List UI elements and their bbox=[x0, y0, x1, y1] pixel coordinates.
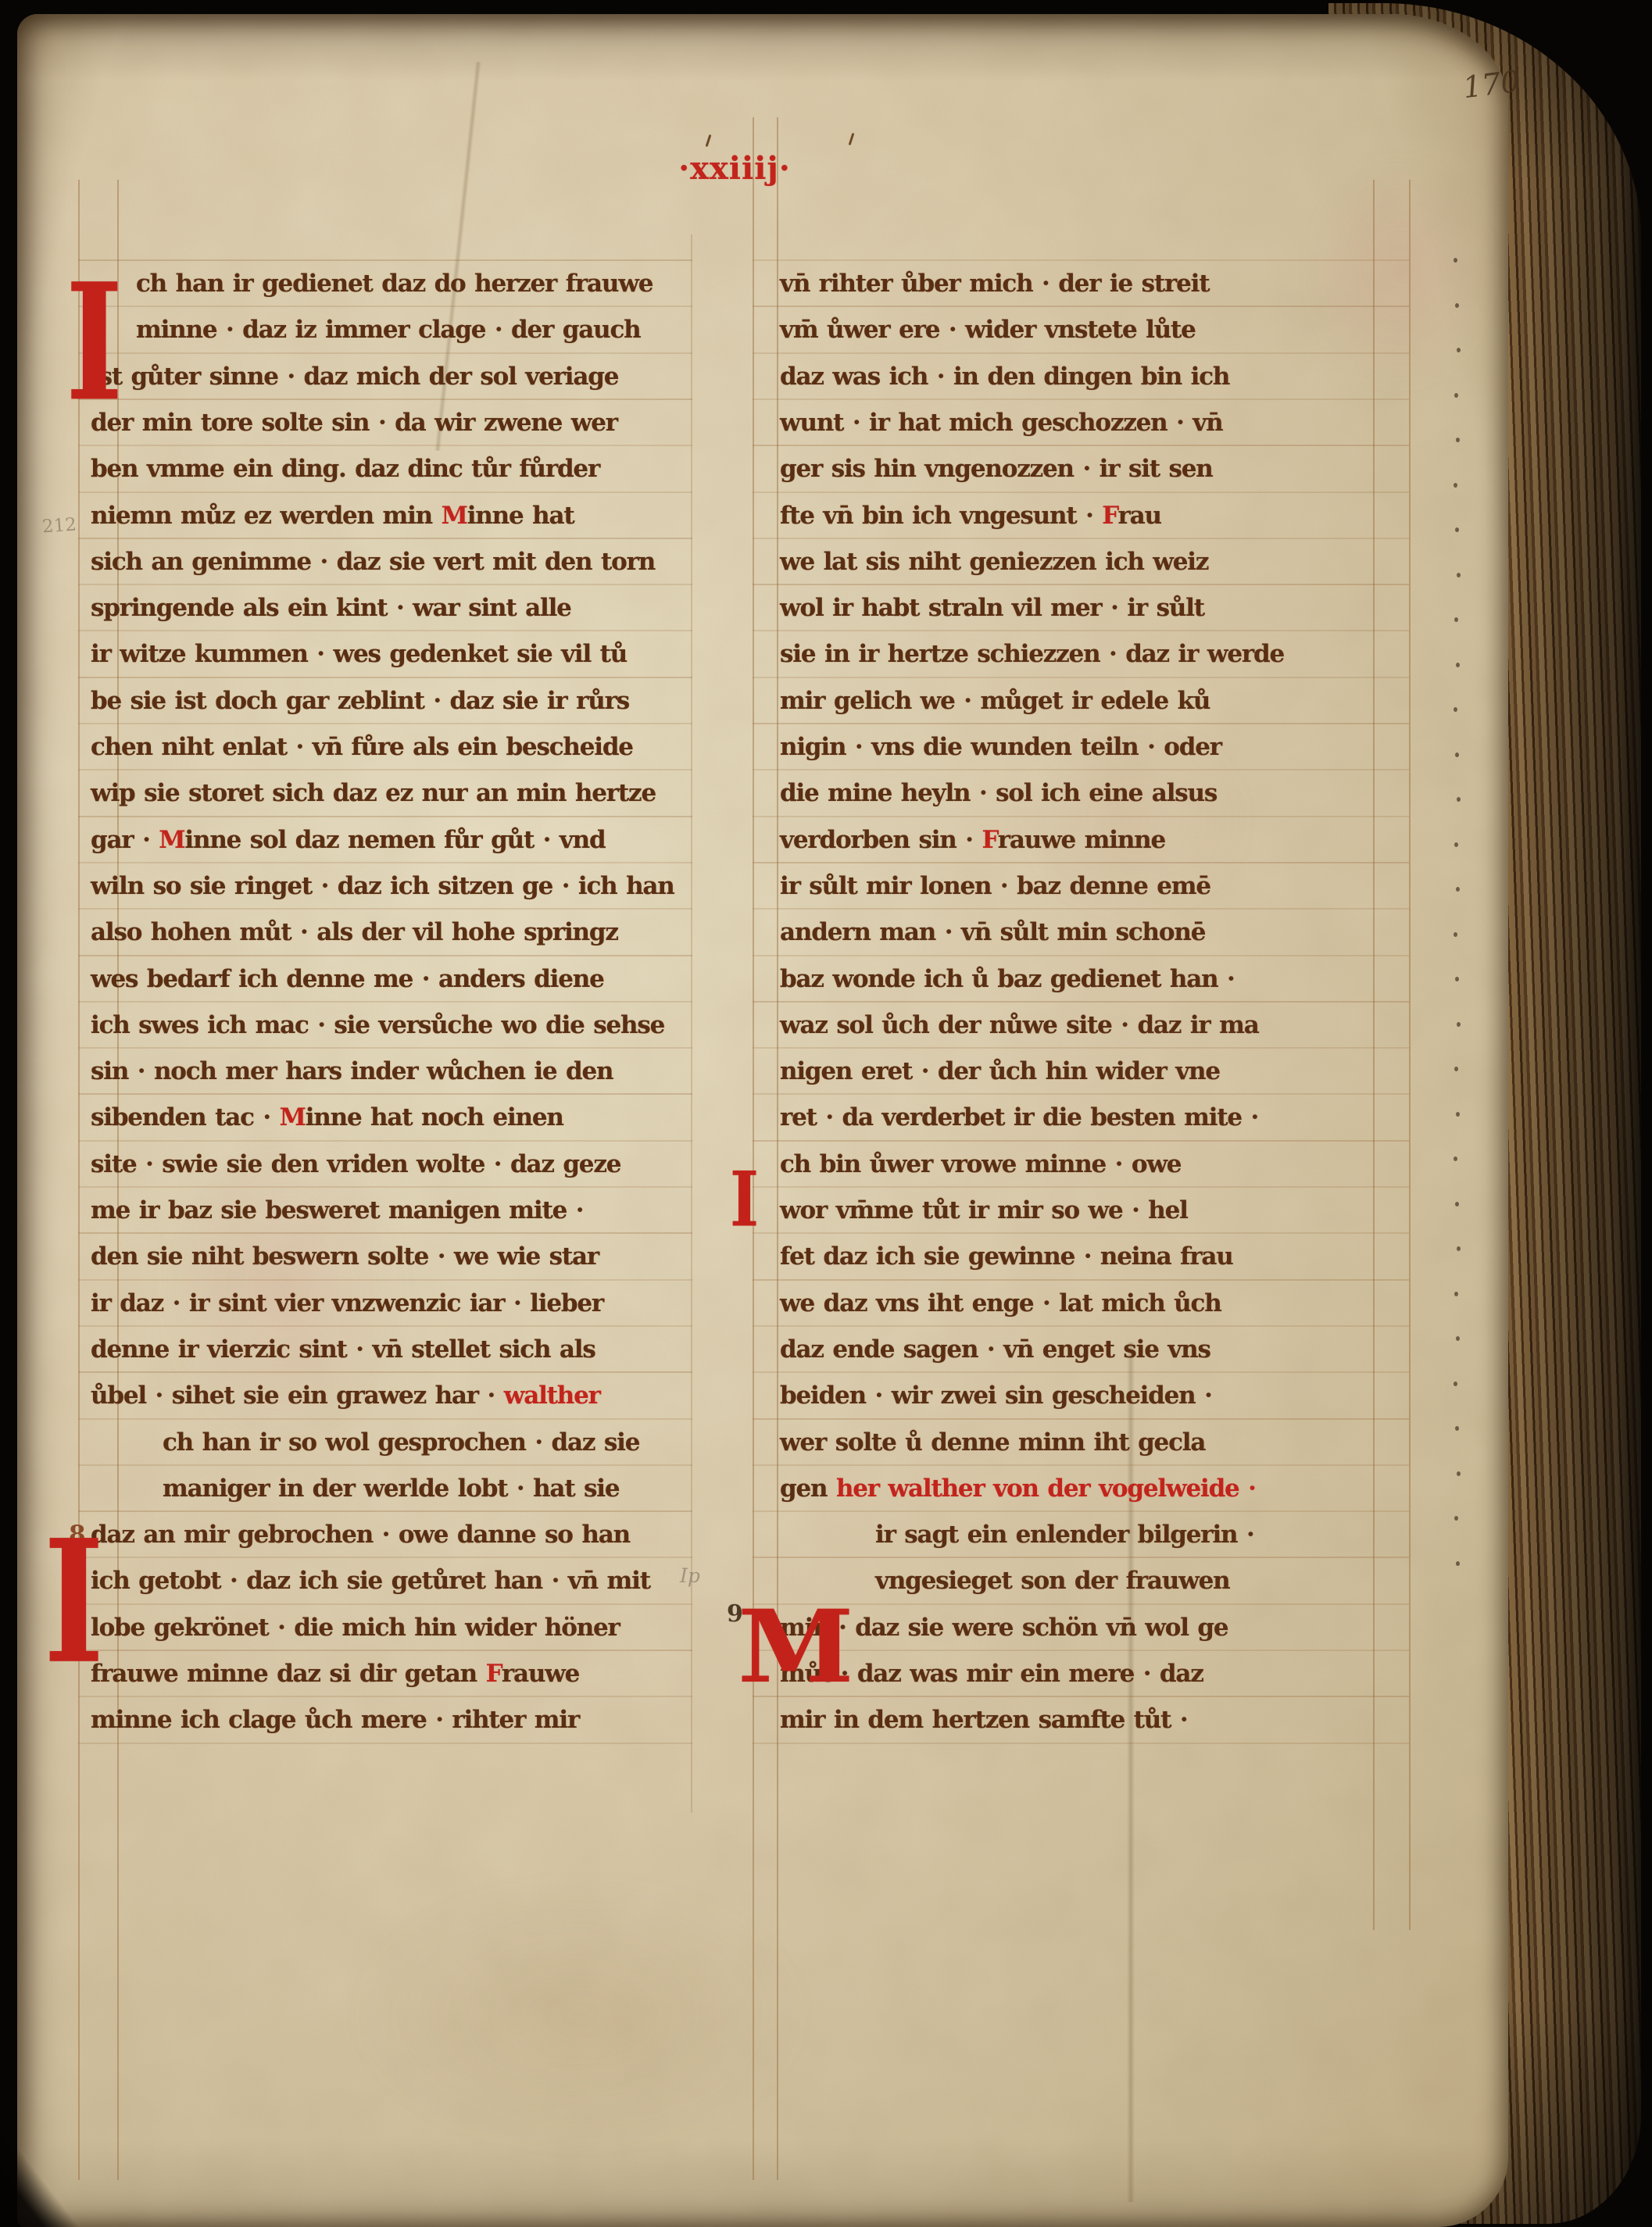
prick-hole bbox=[1456, 438, 1460, 442]
text-line: baz wonde ich ů baz gedienet han · bbox=[780, 956, 1235, 1003]
body-text: sich an genimme · daz sie vert mit den t… bbox=[91, 548, 655, 576]
body-text: ir sůlt mir lonen · baz denne emē bbox=[780, 872, 1210, 900]
text-line: ich swes ich mac · sie versůche wo die s… bbox=[91, 1003, 664, 1049]
text-line: minne · daz iz immer clage · der gauch bbox=[136, 307, 640, 354]
body-text: den sie niht beswern solte · we wie star bbox=[91, 1242, 599, 1271]
text-line: wol ir habt straln vil mer · ir sůlt bbox=[780, 585, 1204, 632]
body-text: verdorben sin · bbox=[780, 826, 982, 854]
body-text: ich getobt · daz ich sie getůret han · v… bbox=[91, 1567, 650, 1595]
prick-hole bbox=[1454, 393, 1458, 398]
text-line: sin · noch mer hars inder wůchen ie den bbox=[91, 1049, 613, 1096]
body-text: ger sis hin vngenozzen · ir sit sen bbox=[780, 455, 1213, 483]
text-line: ben vmme ein ding. daz dinc tůr fůrder bbox=[91, 446, 599, 493]
body-text: niemn můz ez werden min bbox=[91, 502, 442, 530]
text-column-right: vn̄ rihter ůber mich · der ie streitvm̄ … bbox=[780, 261, 1382, 1746]
binding-shadow bbox=[0, 2102, 102, 2227]
body-text: ich swes ich mac · sie versůche wo die s… bbox=[91, 1011, 664, 1039]
prick-hole bbox=[1455, 303, 1459, 308]
body-text: gen bbox=[780, 1475, 836, 1503]
body-text: waz sol ůch der nůwe site · daz ir ma bbox=[780, 1011, 1259, 1039]
text-line: der min tore solte sin · da wir zwene we… bbox=[91, 400, 617, 447]
text-line: wor vm̄me tůt ir mir so we · hel bbox=[780, 1188, 1188, 1235]
body-text: inne hat noch einen bbox=[306, 1103, 563, 1131]
body-text: ir daz · ir sint vier vnzwenzic iar · li… bbox=[91, 1289, 603, 1317]
text-line: frauwe minne daz si dir getan Frauwe bbox=[91, 1651, 579, 1698]
prick-hole bbox=[1454, 707, 1457, 712]
text-line: gar · Minne sol daz nemen fůr gůt · vnd bbox=[91, 817, 606, 864]
prick-hole bbox=[1456, 1561, 1460, 1566]
prick-hole bbox=[1457, 797, 1461, 802]
text-line: fte vn̄ bin ich vngesunt · Frau bbox=[780, 493, 1161, 540]
body-text: springende als ein kint · war sint alle bbox=[91, 594, 571, 622]
text-line: ich getobt · daz ich sie getůret han · v… bbox=[91, 1558, 650, 1605]
body-text: rauwe bbox=[502, 1660, 579, 1688]
prick-hole bbox=[1455, 977, 1459, 981]
body-text: wor vm̄me tůt ir mir so we · hel bbox=[780, 1196, 1188, 1224]
text-line: lobe gekrönet · die mich hin wider höner bbox=[91, 1605, 620, 1652]
text-line: nigin · vns die wunden teiln · oder bbox=[780, 724, 1221, 771]
text-line: den sie niht beswern solte · we wie star bbox=[91, 1234, 599, 1281]
text-line: site · swie sie den vriden wolte · daz g… bbox=[91, 1142, 620, 1189]
body-text: ch bin ůwer vrowe minne · owe bbox=[780, 1150, 1181, 1178]
text-line: mir gelich we · můget ir edele ků bbox=[780, 678, 1210, 725]
text-line: ch han ir gedienet daz do herzer frauwe bbox=[136, 261, 653, 308]
body-text: andern man · vn̄ sůlt min schonē bbox=[780, 918, 1205, 946]
text-line: verdorben sin · Frauwe minne bbox=[780, 817, 1165, 864]
text-line: ůbel · sihet sie ein grawez har · walthe… bbox=[91, 1373, 600, 1420]
body-text: die mine heyln · sol ich eine alsus bbox=[780, 779, 1217, 807]
text-column-left: ch han ir gedienet daz do herzer frauwem… bbox=[91, 261, 695, 1746]
rubric-text: F bbox=[1102, 502, 1117, 530]
body-text: ir sagt ein enlender bilgerin · bbox=[875, 1521, 1254, 1549]
prick-hole bbox=[1456, 663, 1460, 667]
body-text: ch han ir gedienet daz do herzer frauwe bbox=[136, 270, 653, 298]
prick-hole bbox=[1454, 617, 1458, 622]
text-line: vn̄ rihter ůber mich · der ie streit bbox=[780, 261, 1209, 308]
body-text: wes bedarf ich denne me · anders diene bbox=[91, 965, 604, 993]
text-line: we lat sis niht geniezzen ich weiz bbox=[780, 539, 1208, 586]
body-text: fte vn̄ bin ich vngesunt · bbox=[780, 502, 1102, 530]
prick-hole bbox=[1454, 1516, 1458, 1521]
text-line: beiden · wir zwei sin gescheiden · bbox=[780, 1373, 1212, 1420]
text-line: ir sůlt mir lonen · baz denne emē bbox=[780, 863, 1210, 910]
body-text: lobe gekrönet · die mich hin wider höner bbox=[91, 1614, 620, 1642]
rubric-text: M bbox=[442, 502, 467, 530]
body-text: vm̄ ůwer ere · wider vnstete lůte bbox=[780, 316, 1196, 344]
body-text: baz wonde ich ů baz gedienet han · bbox=[780, 965, 1235, 993]
body-text: we daz vns iht enge · lat mich ůch bbox=[780, 1289, 1221, 1317]
text-line: ch han ir so wol gesprochen · daz sie bbox=[163, 1420, 639, 1467]
text-line: vngesieget son der frauwen bbox=[875, 1558, 1229, 1605]
text-line: wiln so sie ringet · daz ich sitzen ge ·… bbox=[91, 863, 674, 910]
text-line: me ir baz sie besweret manigen mite · bbox=[91, 1188, 583, 1235]
rubric-text: walther bbox=[504, 1382, 600, 1410]
text-line: ist gůter sinne · daz mich der sol veria… bbox=[91, 354, 618, 401]
text-line: vm̄ ůwer ere · wider vnstete lůte bbox=[780, 307, 1196, 354]
body-text: beiden · wir zwei sin gescheiden · bbox=[780, 1382, 1212, 1410]
prick-hole bbox=[1454, 932, 1457, 937]
body-text: sie in ir hertze schiezzen · daz ir werd… bbox=[780, 640, 1284, 668]
prick-hole bbox=[1454, 1067, 1458, 1071]
text-line: daz an mir gebrochen · owe danne so han bbox=[91, 1512, 630, 1559]
text-line: ret · da verderbet ir die besten mite · bbox=[780, 1095, 1258, 1142]
body-text: mir gelich we · můget ir edele ků bbox=[780, 687, 1210, 715]
prick-hole bbox=[1454, 483, 1457, 488]
body-text: rauwe minne bbox=[998, 826, 1165, 854]
body-text: rau bbox=[1118, 502, 1161, 530]
body-text: inne hat bbox=[467, 502, 574, 530]
rubric-text: her walther von der vogelweide · bbox=[836, 1475, 1256, 1503]
prick-hole bbox=[1457, 348, 1461, 352]
body-text: fet daz ich sie gewinne · neina frau bbox=[780, 1242, 1233, 1271]
illuminated-initial: M bbox=[738, 1597, 854, 1697]
body-text: minne ich clage ůch mere · rihter mir bbox=[91, 1706, 579, 1734]
rubric-text: M bbox=[159, 826, 184, 854]
text-line: springende als ein kint · war sint alle bbox=[91, 585, 571, 632]
prick-hole bbox=[1455, 1202, 1459, 1206]
prick-hole bbox=[1455, 527, 1459, 532]
text-line: chen niht enlat · vn̄ fůre als ein besch… bbox=[91, 724, 633, 771]
text-line: daz ende sagen · vn̄ enget sie vns bbox=[780, 1327, 1210, 1374]
text-line: ir sagt ein enlender bilgerin · bbox=[875, 1512, 1254, 1559]
body-text: ist gůter sinne · daz mich der sol veria… bbox=[91, 363, 618, 391]
body-text: der min tore solte sin · da wir zwene we… bbox=[91, 409, 617, 437]
margin-note-pencil: 212 bbox=[41, 515, 77, 538]
body-text: daz ende sagen · vn̄ enget sie vns bbox=[780, 1335, 1210, 1364]
vertical-rule bbox=[78, 180, 80, 2180]
text-line: andern man · vn̄ sůlt min schonē bbox=[780, 910, 1205, 956]
illuminated-initial: I bbox=[44, 1517, 104, 1686]
body-text: daz was ich · in den dingen bin ich bbox=[780, 363, 1229, 391]
prick-hole bbox=[1454, 842, 1458, 847]
body-text: denne ir vierzic sint · vn̄ stellet sich… bbox=[91, 1335, 595, 1364]
prick-hole bbox=[1454, 1292, 1458, 1296]
text-line: ger sis hin vngenozzen · ir sit sen bbox=[780, 446, 1213, 493]
text-line: wip sie storet sich daz ez nur an min he… bbox=[91, 770, 656, 817]
body-text: gar · bbox=[91, 826, 159, 854]
body-text: site · swie sie den vriden wolte · daz g… bbox=[91, 1150, 620, 1178]
manuscript-photo: ·xxiiij· 170 212 8 9 Ip ch han ir gedien… bbox=[0, 0, 1652, 2227]
text-line: wer solte ů denne minn iht gecla bbox=[780, 1420, 1205, 1467]
prick-hole bbox=[1454, 1156, 1457, 1161]
body-text: wiln so sie ringet · daz ich sitzen ge ·… bbox=[91, 872, 674, 900]
prick-hole bbox=[1454, 1382, 1457, 1386]
prick-hole bbox=[1457, 573, 1461, 577]
body-text: frauwe minne daz si dir getan bbox=[91, 1660, 486, 1688]
illuminated-initial: I bbox=[730, 1161, 759, 1237]
text-line: denne ir vierzic sint · vn̄ stellet sich… bbox=[91, 1327, 595, 1374]
text-line: fet daz ich sie gewinne · neina frau bbox=[780, 1234, 1233, 1281]
rubric-text: F bbox=[982, 826, 997, 854]
text-line: sich an genimme · daz sie vert mit den t… bbox=[91, 539, 655, 586]
body-text: ir witze kummen · wes gedenket sie vil t… bbox=[91, 640, 627, 668]
text-line: niemn můz ez werden min Minne hat bbox=[91, 493, 574, 540]
chapter-heading: ·xxiiij· bbox=[617, 150, 852, 187]
folio-number: 170 bbox=[1461, 64, 1521, 105]
body-text: ůbel · sihet sie ein grawez har · bbox=[91, 1382, 504, 1410]
text-line: ch bin ůwer vrowe minne · owe bbox=[780, 1142, 1181, 1189]
parchment-stain bbox=[345, 1874, 814, 2155]
vertical-rule bbox=[753, 117, 754, 2180]
illuminated-initial: I bbox=[66, 263, 123, 424]
text-line: ir daz · ir sint vier vnzwenzic iar · li… bbox=[91, 1281, 603, 1328]
body-text: ch han ir so wol gesprochen · daz sie bbox=[163, 1428, 639, 1457]
text-line: waz sol ůch der nůwe site · daz ir ma bbox=[780, 1003, 1259, 1049]
body-text: vngesieget son der frauwen bbox=[875, 1567, 1229, 1595]
rubric-text: F bbox=[486, 1660, 502, 1688]
text-line: be sie ist doch gar zeblint · daz sie ir… bbox=[91, 678, 629, 725]
body-text: maniger in der werlde lobt · hat sie bbox=[163, 1475, 619, 1503]
body-text: nigen eret · der ůch hin wider vne bbox=[780, 1057, 1220, 1085]
text-line: nigen eret · der ůch hin wider vne bbox=[780, 1049, 1220, 1096]
text-line: sibenden tac · Minne hat noch einen bbox=[91, 1095, 563, 1142]
body-text: wer solte ů denne minn iht gecla bbox=[780, 1428, 1205, 1457]
body-text: sin · noch mer hars inder wůchen ie den bbox=[91, 1057, 613, 1085]
text-line: daz was ich · in den dingen bin ich bbox=[780, 354, 1229, 401]
body-text: we lat sis niht geniezzen ich weiz bbox=[780, 548, 1208, 576]
body-text: nigin · vns die wunden teiln · oder bbox=[780, 733, 1221, 761]
body-text: ben vmme ein ding. daz dinc tůr fůrder bbox=[91, 455, 599, 483]
body-text: chen niht enlat · vn̄ fůre als ein besch… bbox=[91, 733, 633, 761]
text-line: minne ich clage ůch mere · rihter mir bbox=[91, 1697, 579, 1744]
body-text: minne · daz iz immer clage · der gauch bbox=[136, 316, 640, 344]
text-line: gen her walther von der vogelweide · bbox=[780, 1466, 1256, 1513]
body-text: sibenden tac · bbox=[91, 1103, 280, 1131]
vertical-rule bbox=[777, 117, 778, 2180]
body-text: wip sie storet sich daz ez nur an min he… bbox=[91, 779, 656, 807]
body-text: also hohen můt · als der vil hohe spring… bbox=[91, 918, 618, 946]
prick-hole bbox=[1456, 887, 1460, 892]
body-text: daz an mir gebrochen · owe danne so han bbox=[91, 1521, 630, 1549]
body-text: ret · da verderbet ir die besten mite · bbox=[780, 1103, 1258, 1131]
text-line: wunt · ir hat mich geschozzen · vn̄ bbox=[780, 400, 1222, 447]
prick-hole bbox=[1456, 1336, 1460, 1341]
prick-hole bbox=[1457, 1246, 1461, 1251]
body-text: be sie ist doch gar zeblint · daz sie ir… bbox=[91, 687, 629, 715]
vertical-rule bbox=[1409, 180, 1411, 1930]
body-text: inne sol daz nemen fůr gůt · vnd bbox=[184, 826, 605, 854]
body-text: me ir baz sie besweret manigen mite · bbox=[91, 1196, 583, 1224]
body-text: wol ir habt straln vil mer · ir sůlt bbox=[780, 594, 1204, 622]
body-text: mir in dem hertzen samfte tůt · bbox=[780, 1706, 1187, 1734]
prick-hole bbox=[1454, 258, 1457, 263]
prick-hole bbox=[1457, 1022, 1461, 1027]
body-text: vn̄ rihter ůber mich · der ie streit bbox=[780, 270, 1209, 298]
text-line: wes bedarf ich denne me · anders diene bbox=[91, 956, 604, 1003]
rubric-text: M bbox=[280, 1103, 306, 1131]
text-line: also hohen můt · als der vil hohe spring… bbox=[91, 910, 618, 956]
prick-hole bbox=[1455, 1426, 1459, 1431]
prick-hole bbox=[1457, 1471, 1461, 1476]
text-line: ir witze kummen · wes gedenket sie vil t… bbox=[91, 631, 627, 678]
text-line: die mine heyln · sol ich eine alsus bbox=[780, 770, 1217, 817]
text-line: sie in ir hertze schiezzen · daz ir werd… bbox=[780, 631, 1284, 678]
body-text: wunt · ir hat mich geschozzen · vn̄ bbox=[780, 409, 1222, 437]
prick-hole bbox=[1455, 752, 1459, 757]
text-line: maniger in der werlde lobt · hat sie bbox=[163, 1466, 619, 1513]
text-line: we daz vns iht enge · lat mich ůch bbox=[780, 1281, 1221, 1328]
prick-hole bbox=[1456, 1112, 1460, 1117]
